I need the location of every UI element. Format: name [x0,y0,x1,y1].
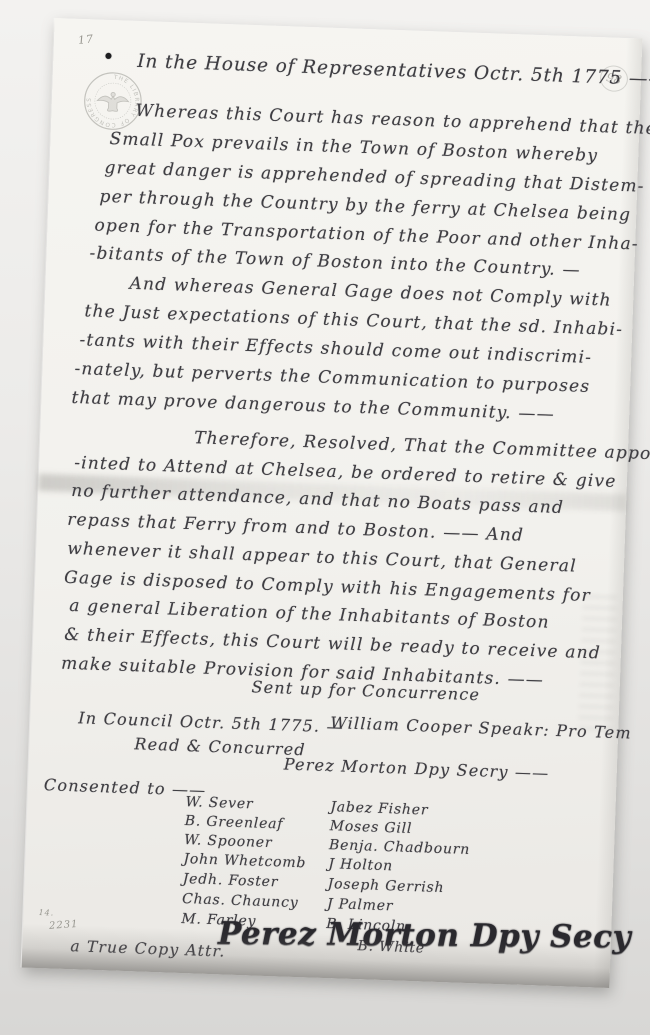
ink-dot [105,53,111,59]
council-date-line: In Council Octr. 5th 1775. — [78,707,344,738]
library-congress-seal: THE LIBRARY OF CONGRESS [82,70,144,132]
consented-to-label: Consented to —— [44,774,207,802]
document-paper: 17 98 THE LIBRARY OF CONGRESS In the Hou… [22,18,643,988]
attestation-line: a True Copy Attr. [70,935,226,962]
secretary-signature: Perez Morton Dpy Secry —— [283,753,549,784]
attestation-signature: Perez Morton Dpy Secy [218,923,631,949]
read-concurred-line: Read & Concurred [134,733,306,761]
page-heading: In the House of Representatives Octr. 5t… [137,51,650,92]
pencil-annotation-17: 17 [77,28,95,52]
seal-eagle-icon [97,92,129,112]
bleedthrough-smudge [578,595,617,734]
